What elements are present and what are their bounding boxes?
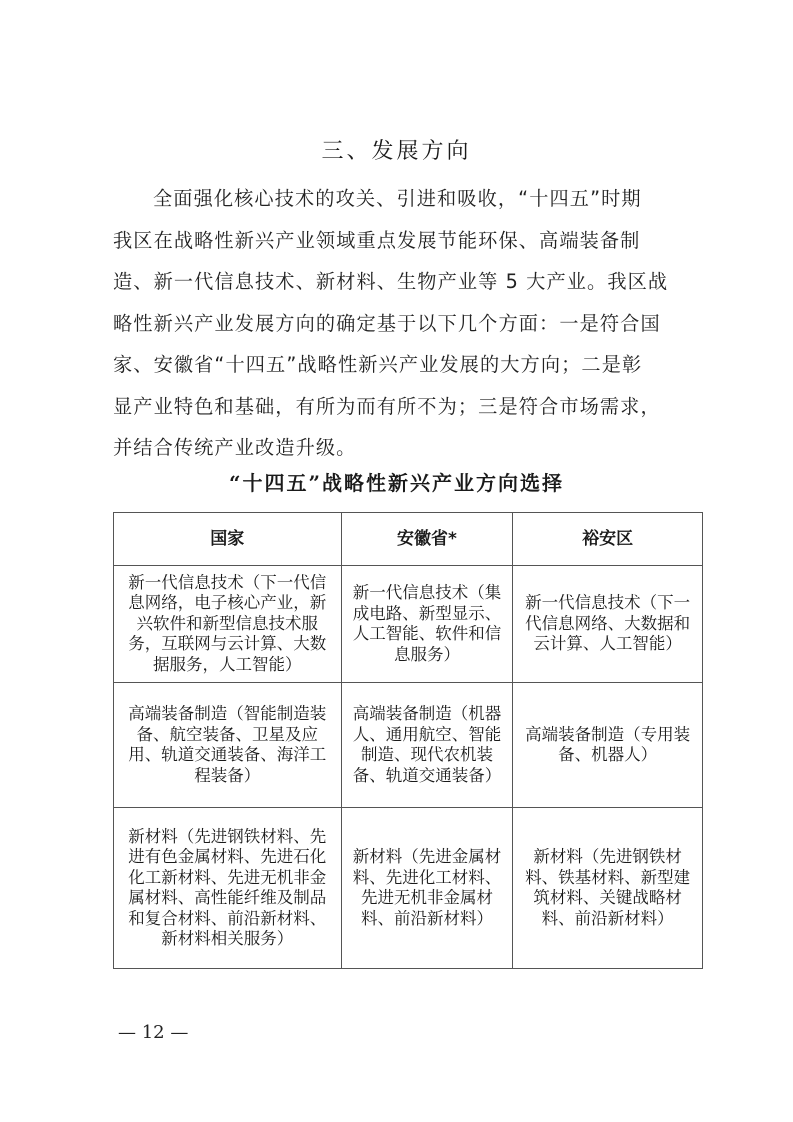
paragraph-line: 我区在战略性新兴产业领域重点发展节能环保、高端装备制 — [113, 220, 703, 262]
paragraph-line: 造、新一代信息技术、新材料、生物产业等 5 大产业。我区战 — [113, 261, 703, 303]
page-number: — 12 — — [118, 1022, 188, 1043]
header-anhui: 安徽省* — [341, 513, 513, 566]
industry-direction-table: 国家 安徽省* 裕安区 新一代信息技术（下一代信息网络，电子核心产业，新兴软件和… — [113, 512, 703, 969]
body-paragraph: 全面强化核心技术的攻关、引进和吸收，“十四五”时期 我区在战略性新兴产业领域重点… — [113, 178, 703, 469]
table-cell: 新一代信息技术（集成电路、新型显示、人工智能、软件和信息服务） — [341, 566, 513, 683]
paragraph-line: 家、安徽省“十四五”战略性新兴产业发展的大方向；二是彰 — [113, 344, 703, 386]
table-row: 高端装备制造（智能制造装备、航空装备、卫星及应用、轨道交通装备、海洋工程装备） … — [114, 683, 703, 808]
table-cell: 新一代信息技术（下一代信息网络、大数据和云计算、人工智能） — [513, 566, 703, 683]
table-row: 新材料（先进钢铁材料、先进有色金属材料、先进石化化工新材料、先进无机非金属材料、… — [114, 808, 703, 969]
header-national: 国家 — [114, 513, 342, 566]
table-title: “十四五”战略性新兴产业方向选择 — [0, 467, 793, 496]
table-cell: 高端装备制造（机器人、通用航空、智能制造、现代农机装备、轨道交通装备） — [341, 683, 513, 808]
paragraph-line: 略性新兴产业发展方向的确定基于以下几个方面：一是符合国 — [113, 303, 703, 345]
table-cell: 新材料（先进钢铁材料、先进有色金属材料、先进石化化工新材料、先进无机非金属材料、… — [114, 808, 342, 969]
header-yuan: 裕安区 — [513, 513, 703, 566]
table-cell: 高端装备制造（专用装备、机器人） — [513, 683, 703, 808]
table-cell: 新一代信息技术（下一代信息网络，电子核心产业，新兴软件和新型信息技术服务，互联网… — [114, 566, 342, 683]
paragraph-line: 显产业特色和基础，有所为而有所不为；三是符合市场需求， — [113, 386, 703, 428]
table-row: 新一代信息技术（下一代信息网络，电子核心产业，新兴软件和新型信息技术服务，互联网… — [114, 566, 703, 683]
paragraph-line: 并结合传统产业改造升级。 — [113, 427, 703, 469]
paragraph-line: 全面强化核心技术的攻关、引进和吸收，“十四五”时期 — [113, 178, 703, 220]
table-header-row: 国家 安徽省* 裕安区 — [114, 513, 703, 566]
table-cell: 新材料（先进金属材料、先进化工材料、先进无机非金属材料、前沿新材料） — [341, 808, 513, 969]
table-cell: 高端装备制造（智能制造装备、航空装备、卫星及应用、轨道交通装备、海洋工程装备） — [114, 683, 342, 808]
section-heading: 三、发展方向 — [0, 134, 793, 165]
table-cell: 新材料（先进钢铁材料、铁基材料、新型建筑材料、关键战略材料、前沿新材料） — [513, 808, 703, 969]
